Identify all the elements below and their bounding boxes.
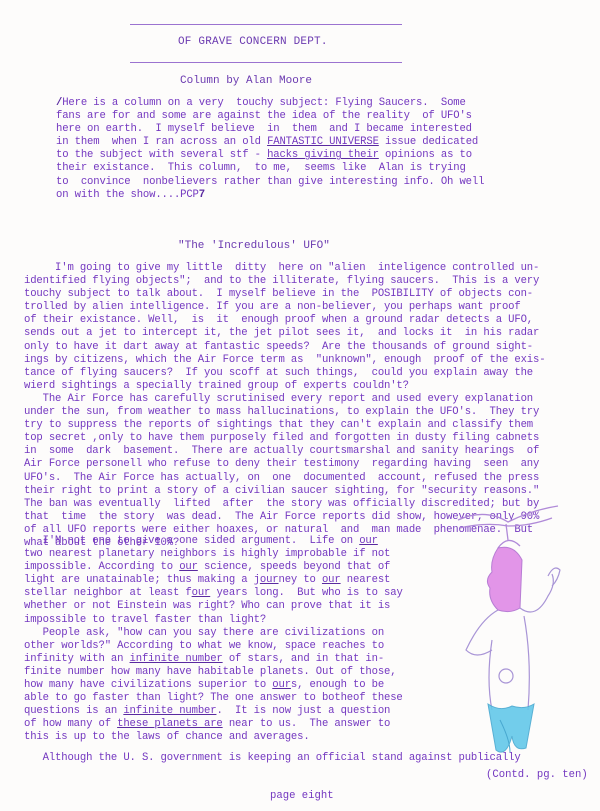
open-bracket-mark: / — [56, 97, 62, 110]
propeller-beanie-icon — [458, 506, 558, 548]
byline: Column by Alan Moore — [180, 75, 312, 87]
pants-shape — [488, 704, 534, 752]
header-rule-top — [130, 24, 402, 25]
cartoon-man-illustration — [440, 500, 570, 760]
close-bracket-mark: 7 — [199, 189, 205, 202]
header-rule-bottom — [130, 62, 402, 63]
article-title: "The 'Incredulous' UFO" — [178, 240, 330, 252]
page-number: page eight — [270, 790, 334, 802]
article-paragraph-2: I'M not one to give a one sided argument… — [24, 535, 403, 745]
head-shape — [487, 547, 522, 611]
department-title: OF GRAVE CONCERN DEPT. — [178, 36, 328, 48]
fanzine-page: OF GRAVE CONCERN DEPT. Column by Alan Mo… — [0, 0, 600, 811]
editor-note: /Here is a column on a very touchy subje… — [56, 97, 484, 202]
continued-note: (Contd. pg. ten) — [486, 769, 588, 781]
